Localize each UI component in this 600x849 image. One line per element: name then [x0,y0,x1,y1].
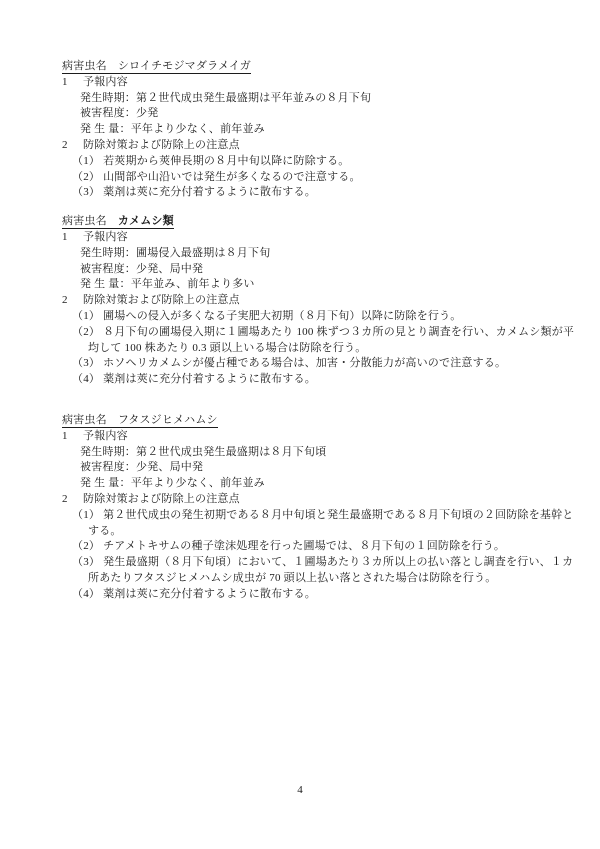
numbered-item: 2防除対策および防除上の注意点 [62,492,544,508]
line-text: 被害程度：少発 [80,107,158,119]
line-text: 山間部や山沿いでは発生が多くなるので注意する。 [103,171,361,183]
pest-name: フタスジヒメハムシ [118,414,218,426]
line-text: 発 生 量：平年並み、前年より多い [80,278,255,290]
pest-section: 病害虫名カメムシ類1予報内容発生時期：圃場侵入最盛期は８月下旬被害程度：少発、局… [62,214,544,388]
note-marker: （2） [72,326,100,338]
line-text: 予報内容 [83,76,128,88]
line-text: 被害程度：少発、局中発 [80,461,203,473]
note-marker: （3） [72,556,100,568]
pest-heading-underline: 病害虫名フタスジヒメハムシ [62,414,218,428]
pest-heading-underline: 病害虫名シロイチモジマダラメイガ [62,60,251,74]
pest-heading-label: 病害虫名 [62,60,107,72]
note-marker: （3） [72,357,100,369]
note-item: （2）８月下旬の圃場侵入期に１圃場あたり 100 株ずつ３カ所の見とり調査を行い… [62,325,544,341]
pest-heading-underline: 病害虫名カメムシ類 [62,215,174,229]
forecast-detail-line: 発 生 量：平年より少なく、前年並み [62,476,544,492]
line-text: 薬剤は莢に充分付着するように散布する。 [103,186,316,198]
note-item: （1）第２世代成虫の発生初期である８月中旬頃と発生最盛期である８月下旬頃の２回防… [62,508,544,524]
line-text: チアメトキサムの種子塗沫処理を行った圃場では、８月下旬の１回防除を行う。 [103,540,505,552]
pest-heading-label: 病害虫名 [62,215,107,227]
pest-name: カメムシ類 [118,215,174,227]
line-text: 被害程度：少発、局中発 [80,263,203,275]
item-number: 2 [62,293,83,309]
line-text: 予報内容 [83,430,128,442]
forecast-detail-line: 発生時期：第２世代成虫発生最盛期は８月下旬頃 [62,445,544,461]
numbered-item: 1予報内容 [62,75,544,91]
line-text: 圃場への侵入が多くなる子実肥大初期（８月下旬）以降に防除を行う。 [103,310,461,322]
pest-section-heading: 病害虫名カメムシ類 [62,214,544,230]
item-number: 1 [62,429,83,445]
forecast-detail-line: 被害程度：少発、局中発 [62,262,544,278]
note-marker: （3） [72,186,100,198]
note-continuation-line: する。 [62,524,544,540]
numbered-item: 2防除対策および防除上の注意点 [62,293,544,309]
line-text: 均して 100 株あたり 0.3 頭以上いる場合は防除を行う。 [88,342,366,354]
line-text: 発 生 量：平年より少なく、前年並み [80,477,265,489]
line-text: 防除対策および防除上の注意点 [83,493,240,505]
pest-section-heading: 病害虫名フタスジヒメハムシ [62,413,544,429]
note-item: （1）若莢期から莢伸長期の８月中旬以降に防除する。 [62,154,544,170]
line-text: 防除対策および防除上の注意点 [83,139,240,151]
item-number: 1 [62,75,83,91]
line-text: 防除対策および防除上の注意点 [83,294,240,306]
note-item: （2）山間部や山沿いでは発生が多くなるので注意する。 [62,170,544,186]
note-item: （2）チアメトキサムの種子塗沫処理を行った圃場では、８月下旬の１回防除を行う。 [62,539,544,555]
document-body: 病害虫名シロイチモジマダラメイガ1予報内容発生時期：第２世代成虫発生最盛期は平年… [62,59,544,603]
line-text: 発 生 量：平年より少なく、前年並み [80,123,265,135]
line-text: 薬剤は莢に充分付着するように散布する。 [103,373,316,385]
forecast-detail-line: 発 生 量：平年並み、前年より多い [62,277,544,293]
note-marker: （1） [72,509,100,521]
line-text: 予報内容 [83,231,128,243]
note-marker: （4） [72,373,100,385]
forecast-detail-line: 発生時期：圃場侵入最盛期は８月下旬 [62,246,544,262]
note-item: （1）圃場への侵入が多くなる子実肥大初期（８月下旬）以降に防除を行う。 [62,309,544,325]
line-text: 発生時期：第２世代成虫発生最盛期は平年並みの８月下旬 [80,92,371,104]
note-item: （4）薬剤は莢に充分付着するように散布する。 [62,372,544,388]
forecast-detail-line: 発生時期：第２世代成虫発生最盛期は平年並みの８月下旬 [62,91,544,107]
item-number: 1 [62,230,83,246]
numbered-item: 1予報内容 [62,429,544,445]
note-item: （3）薬剤は莢に充分付着するように散布する。 [62,185,544,201]
note-item: （3）ホソヘリカメムシが優占種である場合は、加害・分散能力が高いので注意する。 [62,356,544,372]
item-number: 2 [62,492,83,508]
note-marker: （2） [72,540,100,552]
document-page: 病害虫名シロイチモジマダラメイガ1予報内容発生時期：第２世代成虫発生最盛期は平年… [0,0,600,849]
note-continuation-line: 均して 100 株あたり 0.3 頭以上いる場合は防除を行う。 [62,341,544,357]
pest-section-heading: 病害虫名シロイチモジマダラメイガ [62,59,544,75]
line-text: する。 [88,525,122,537]
line-text: 発生時期：圃場侵入最盛期は８月下旬 [80,247,270,259]
pest-section: 病害虫名シロイチモジマダラメイガ1予報内容発生時期：第２世代成虫発生最盛期は平年… [62,59,544,201]
pest-name: シロイチモジマダラメイガ [118,60,251,72]
note-continuation-line: 所あたりフタスジヒメハムシ成虫が 70 頭以上払い落とされた場合は防除を行う。 [62,571,544,587]
line-text: ホソヘリカメムシが優占種である場合は、加害・分散能力が高いので注意する。 [103,357,506,369]
page-number: 4 [297,784,303,796]
forecast-detail-line: 被害程度：少発 [62,106,544,122]
forecast-detail-line: 被害程度：少発、局中発 [62,460,544,476]
line-text: 第２世代成虫の発生初期である８月中旬頃と発生最盛期である８月下旬頃の２回防除を基… [103,509,573,521]
note-marker: （1） [72,155,100,167]
line-text: 薬剤は莢に充分付着するように散布する。 [103,588,316,600]
line-text: 若莢期から莢伸長期の８月中旬以降に防除する。 [103,155,349,167]
page-footer: 4 [0,783,600,799]
line-text: 発生最盛期（８月下旬頃）において、１圃場あたり３カ所以上の払い落とし調査を行い、… [103,556,573,568]
pest-section: 病害虫名フタスジヒメハムシ1予報内容発生時期：第２世代成虫発生最盛期は８月下旬頃… [62,413,544,603]
numbered-item: 2防除対策および防除上の注意点 [62,138,544,154]
line-text: ８月下旬の圃場侵入期に１圃場あたり 100 株ずつ３カ所の見とり調査を行い、カメ… [103,326,574,338]
forecast-detail-line: 発 生 量：平年より少なく、前年並み [62,122,544,138]
item-number: 2 [62,138,83,154]
line-text: 発生時期：第２世代成虫発生最盛期は８月下旬頃 [80,446,326,458]
note-item: （3）発生最盛期（８月下旬頃）において、１圃場あたり３カ所以上の払い落とし調査を… [62,555,544,571]
note-item: （4）薬剤は莢に充分付着するように散布する。 [62,587,544,603]
line-text: 所あたりフタスジヒメハムシ成虫が 70 頭以上払い落とされた場合は防除を行う。 [88,572,496,584]
pest-heading-label: 病害虫名 [62,414,107,426]
numbered-item: 1予報内容 [62,230,544,246]
note-marker: （1） [72,310,100,322]
note-marker: （4） [72,588,100,600]
note-marker: （2） [72,171,100,183]
